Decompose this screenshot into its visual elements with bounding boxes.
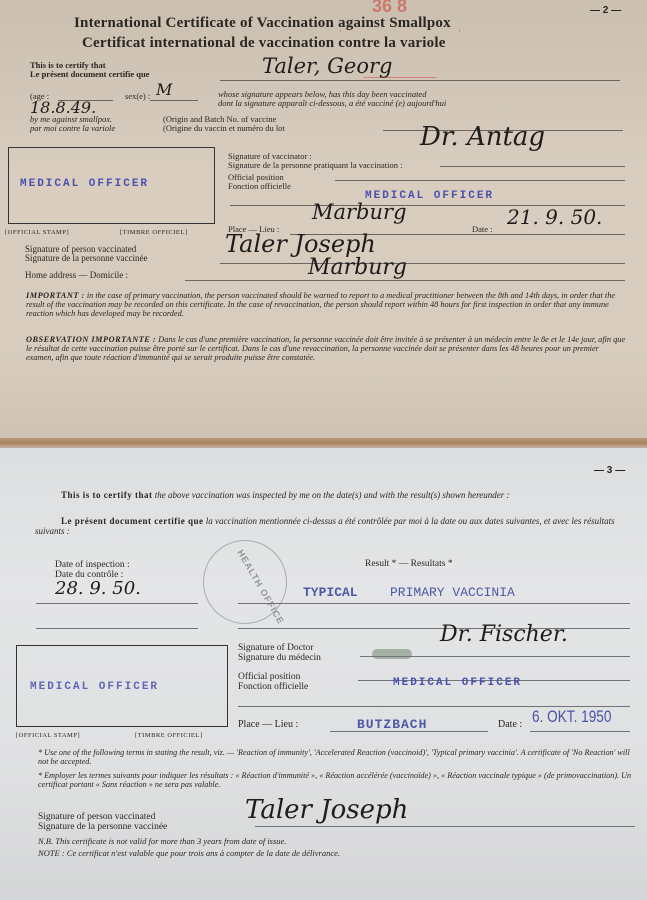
stamp-label-en: [OFFICIAL STAMP] (5, 229, 69, 236)
person-signature-line-2 (255, 826, 635, 827)
origin-fr: (Origine du vaccin et numéro du lot (163, 124, 285, 133)
sex-line (150, 100, 198, 101)
position-label-fr: Fonction officielle (228, 182, 291, 191)
date-value-2: 6. OKT. 1950 (532, 707, 611, 727)
certify-label-fr: Le présent document certifie que (30, 70, 149, 79)
page-number: — 2 — (590, 5, 621, 16)
inspection-date-value: 28. 9. 50. (55, 578, 141, 599)
position-value-2: MEDICAL OFFICER (393, 677, 522, 689)
title-fr: Certificat international de vaccination … (82, 35, 446, 52)
date-value: 21. 9. 50. (507, 205, 602, 229)
person-signature-line (220, 263, 625, 264)
home-address-label: Home address — Domicile : (25, 271, 128, 280)
inspection-line-2 (36, 628, 198, 629)
home-address-value: Marburg (308, 255, 407, 280)
position-label-fr-2: Fonction officielle (238, 682, 308, 692)
place-value: Marburg (312, 200, 407, 224)
stamp-label-en-2: [OFFICIAL STAMP] (16, 732, 80, 739)
stamp-label-fr-2: [TIMBRE OFFICIEL] (135, 732, 203, 739)
name-value: Taler, Georg (262, 54, 392, 78)
vaccinator-label-fr: Signature de la personne pratiquant la v… (228, 161, 402, 170)
page-number-3: — 3 — (594, 465, 625, 476)
certificate-page-2: 36 8 — 2 — International Certificate of … (0, 0, 647, 440)
result-value-primary-vaccinia: PRIMARY VACCINIA (390, 585, 515, 600)
intro-en: This is to certify that the above vaccin… (35, 490, 635, 500)
ink-smudge (372, 649, 412, 659)
title-en: International Certificate of Vaccination… (74, 15, 451, 32)
person-signature: Taler Joseph (225, 230, 376, 258)
vaccinator-line (440, 166, 625, 167)
note-en: * Use one of the following terms in stat… (38, 748, 638, 766)
home-address-line (185, 280, 625, 281)
stamp-text-2: MEDICAL OFFICER (30, 681, 159, 693)
result-value-typical: TYPICAL (303, 585, 358, 600)
doctor-label-fr: Signature du médecin (238, 653, 321, 663)
page-fold (0, 438, 647, 448)
intro-fr: Le présent document certifie que la vacc… (35, 516, 635, 536)
doctor-label-en: Signature of Doctor (238, 643, 313, 653)
important-text: in the case of primary vaccination, the … (26, 291, 615, 318)
position-label-en-2: Official position (238, 672, 300, 682)
date-line-2 (530, 731, 630, 732)
person-signature-2: Taler Joseph (245, 795, 408, 825)
person-signature-label-fr: Signature de la personne vaccinée (25, 254, 147, 263)
note-fr: * Employer les termes suivants pour indi… (38, 771, 638, 789)
place-line-2 (330, 731, 488, 732)
by-me-fr: par moi contre la variole (30, 124, 115, 133)
sex-label: sex(e) : (125, 92, 150, 101)
stamp-text: MEDICAL OFFICER (20, 178, 149, 190)
nb-en: N.B. This certificate is not valid for m… (38, 837, 286, 846)
person-signature-label-fr-2: Signature de la personne vaccinée (38, 822, 167, 832)
date-label-2: Date : (498, 720, 522, 729)
inspection-line-1 (36, 603, 198, 604)
result-line-2 (238, 628, 630, 629)
intro-en-bold: This is to certify that (61, 490, 153, 500)
place-value-2: BUTZBACH (357, 717, 427, 732)
observation-paragraph: OBSERVATION IMPORTANTE : Dans le cas d'u… (26, 335, 626, 363)
result-label: Result * — Resultats * (365, 560, 453, 569)
doctor-signature: Dr. Fischer. (440, 622, 568, 647)
name-line (220, 80, 620, 81)
whose-fr: dont la signature apparaît ci-dessous, a… (218, 99, 446, 108)
sex-value: M (156, 80, 172, 99)
date-label: Date : (472, 225, 493, 234)
nb-fr: NOTE : Ce certificat n'est valable que p… (38, 849, 340, 858)
stamp-label-fr: [TIMBRE OFFICIEL] (120, 229, 188, 236)
person-signature-label-en-2: Signature of person vaccinated (38, 812, 155, 822)
inspection-label-en: Date of inspection : (55, 560, 130, 570)
intro-en-text: the above vaccination was inspected by m… (155, 490, 510, 500)
observation-heading: OBSERVATION IMPORTANTE : (26, 335, 156, 344)
intro-fr-bold: Le présent document certifie que (61, 516, 203, 526)
vaccinator-signature: Dr. Antag (420, 122, 545, 152)
important-paragraph: IMPORTANT : in the case of primary vacci… (26, 291, 626, 319)
position-line (335, 180, 625, 181)
doctor-line (360, 656, 630, 657)
important-heading: IMPORTANT : (26, 291, 85, 300)
place-label-2: Place — Lieu : (238, 720, 298, 729)
result-line-1 (238, 603, 630, 604)
